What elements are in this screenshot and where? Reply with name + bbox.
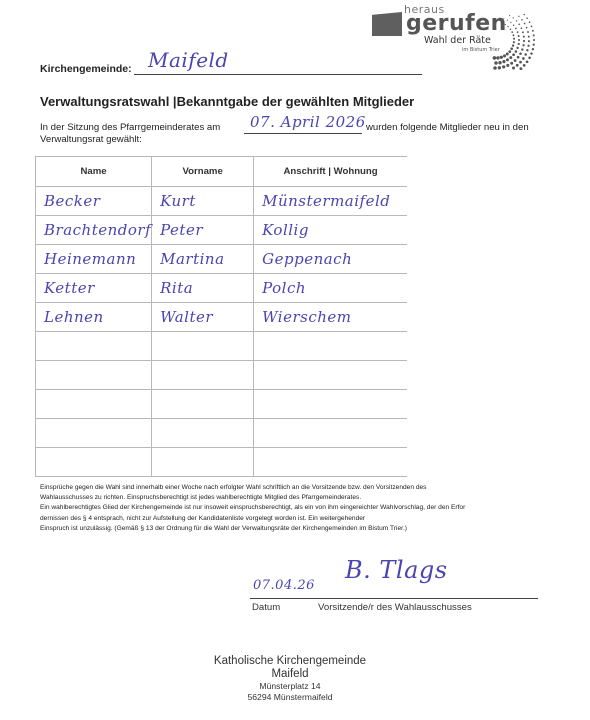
signature-date: 07.04.26 xyxy=(253,578,315,593)
cell-vorname xyxy=(152,419,254,448)
cell-vorname xyxy=(152,448,254,477)
table-row: BeckerKurtMünstermaifeld xyxy=(36,187,408,216)
cell-name xyxy=(36,332,152,361)
cell-vorname: Martina xyxy=(152,245,254,274)
table-row xyxy=(36,390,408,419)
cell-vorname: Kurt xyxy=(152,187,254,216)
table-row xyxy=(36,419,408,448)
table-row xyxy=(36,332,408,361)
parish-label: Kirchengemeinde: xyxy=(40,63,132,75)
cell-anschrift: Polch xyxy=(254,274,407,303)
header-anschrift: Anschrift | Wohnung xyxy=(254,157,407,187)
parish-underline xyxy=(134,74,422,75)
intro-text-after-date: wurden folgende Mitglieder neu in den xyxy=(366,122,529,133)
cell-anschrift xyxy=(254,390,407,419)
legal-line: Wahlausschusses zu richten. Einspruchsbe… xyxy=(40,493,585,503)
role-label: Vorsitzende/r des Wahlausschusses xyxy=(318,602,472,613)
cell-anschrift xyxy=(254,332,407,361)
intro-date-underline xyxy=(244,133,362,134)
logo-subtitle: Wahl der Räte xyxy=(424,35,491,46)
parish-stamp: Katholische Kirchengemeinde Maifeld Müns… xyxy=(190,655,390,703)
cell-name: Ketter xyxy=(36,274,152,303)
table-row xyxy=(36,361,408,390)
members-table: Name Vorname Anschrift | Wohnung BeckerK… xyxy=(35,156,407,477)
table-header-row: Name Vorname Anschrift | Wohnung xyxy=(36,157,408,187)
cell-vorname: Walter xyxy=(152,303,254,332)
header-vorname: Vorname xyxy=(152,157,254,187)
legal-line: Einsprüche gegen die Wahl sind innerhalb… xyxy=(40,483,585,493)
header-name: Name xyxy=(36,157,152,187)
table-row: BrachtendorfPeterKollig xyxy=(36,216,408,245)
cell-anschrift: Münstermaifeld xyxy=(254,187,407,216)
cell-anschrift xyxy=(254,448,407,477)
table-row: KetterRitaPolch xyxy=(36,274,408,303)
cell-anschrift: Kollig xyxy=(254,216,407,245)
cell-vorname: Rita xyxy=(152,274,254,303)
cell-anschrift xyxy=(254,419,407,448)
legal-line: Einspruch ist unzulässig. (Gemäß § 13 de… xyxy=(40,524,585,534)
page-title: Verwaltungsratswahl |Bekanntgabe der gew… xyxy=(40,94,414,109)
legal-line: dernissen des § 4 entsprach, nicht zur A… xyxy=(40,514,585,524)
cell-name: Heinemann xyxy=(36,245,152,274)
cell-anschrift: Geppenach xyxy=(254,245,407,274)
cell-name: Lehnen xyxy=(36,303,152,332)
cell-vorname xyxy=(152,361,254,390)
intro-text-line2: Verwaltungsrat gewählt: xyxy=(40,134,142,145)
cell-anschrift xyxy=(254,361,407,390)
cell-name xyxy=(36,390,152,419)
cell-name xyxy=(36,448,152,477)
stamp-line4: 56294 Münstermaifeld xyxy=(190,692,390,703)
logo-block-icon xyxy=(372,12,402,36)
parish-value: Maifeld xyxy=(148,48,229,72)
legal-notice: Einsprüche gegen die Wahl sind innerhalb… xyxy=(40,483,585,534)
stamp-line2: Maifeld xyxy=(190,668,390,681)
cell-vorname xyxy=(152,390,254,419)
table-row: LehnenWalterWierschem xyxy=(36,303,408,332)
date-label: Datum xyxy=(252,602,280,613)
cell-anschrift: Wierschem xyxy=(254,303,407,332)
stamp-line3: Münsterplatz 14 xyxy=(190,681,390,692)
table-row xyxy=(36,448,408,477)
signature-line xyxy=(250,598,538,599)
cell-name xyxy=(36,419,152,448)
stamp-line1: Katholische Kirchengemeinde xyxy=(190,655,390,668)
legal-line: Ein wahlberechtigtes Glied der Kirchenge… xyxy=(40,503,585,513)
cell-name xyxy=(36,361,152,390)
signature: B. Tlags xyxy=(345,556,448,584)
cell-name: Becker xyxy=(36,187,152,216)
cell-vorname: Peter xyxy=(152,216,254,245)
cell-name: Brachtendorf xyxy=(36,216,152,245)
table-row: HeinemannMartinaGeppenach xyxy=(36,245,408,274)
cell-vorname xyxy=(152,332,254,361)
logo-dot-arc-icon xyxy=(484,14,544,70)
intro-date: 07. April 2026 xyxy=(250,113,366,131)
intro-text-before-date: In der Sitzung des Pfarrgemeinderates am xyxy=(40,122,220,133)
